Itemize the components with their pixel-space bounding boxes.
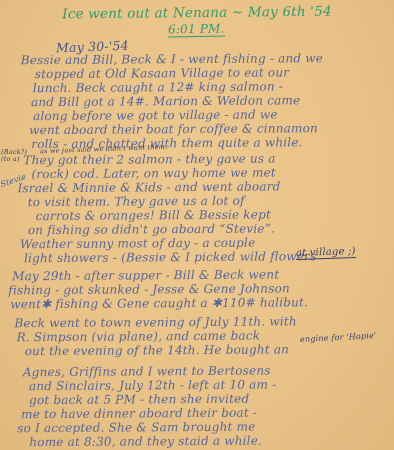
margin-annotation: (to a) (1, 155, 20, 163)
handwritten-line: out the evening of the 14th. He bought a… (25, 342, 391, 359)
header-ice-out-line: Ice went out at Nenana ~ May 6th '54 (0, 3, 394, 23)
handwritten-line: home at 8:30, and they staid a while. (29, 433, 391, 450)
inserted-note-at-village: at village ;) (296, 246, 356, 260)
diary-page: Ice went out at Nenana ~ May 6th '54 6:0… (0, 0, 394, 450)
handwritten-line: went✱ fishing & Gene caught a ✱110# hali… (10, 295, 390, 312)
header-time: 6:01 PM. (168, 22, 225, 38)
